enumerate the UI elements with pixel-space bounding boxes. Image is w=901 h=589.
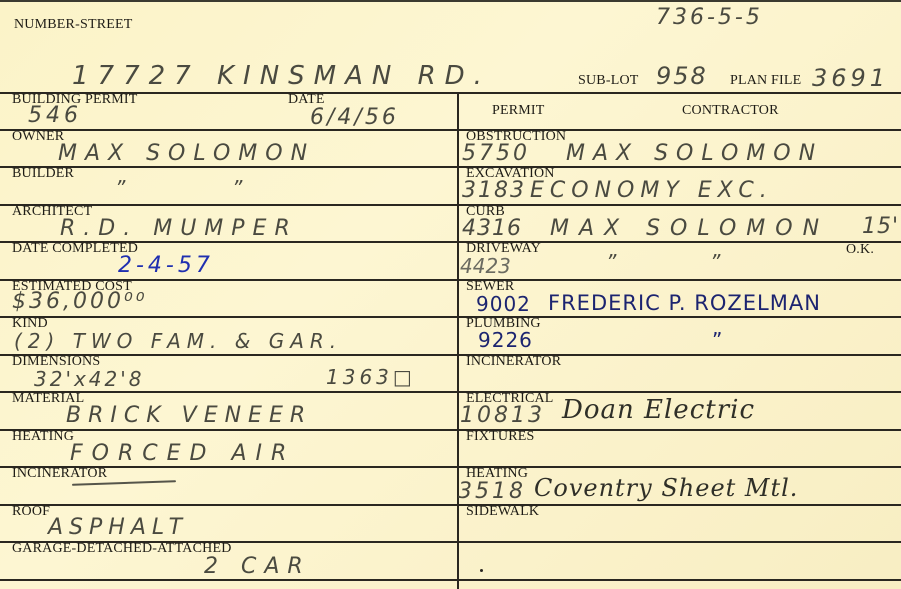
rule [0, 504, 901, 506]
incinerator-permit-label: INCINERATOR [466, 355, 561, 369]
building-permit-value: 546 [28, 106, 82, 126]
rule [0, 354, 901, 356]
driveway-permit: 4423 [460, 256, 511, 276]
sidewalk-label: SIDEWALK [466, 505, 539, 519]
address-value: 17727 KINSMAN RD. [72, 66, 491, 86]
heating-label: HEATING [12, 430, 74, 444]
material-value: BRICK VENEER [66, 406, 312, 426]
fixtures-label: FIXTURES [466, 430, 535, 444]
excavation-contractor: ECONOMY EXC. [530, 181, 773, 201]
garage-label: GARAGE-DETACHED-ATTACHED [12, 542, 232, 556]
plan-file-label: PLAN FILE [730, 74, 801, 88]
roof-value: ASPHALT [48, 518, 188, 538]
builder-ditto-2: ” [232, 178, 246, 198]
builder-ditto-1: ” [115, 178, 129, 198]
file-number: 736-5-5 [656, 8, 763, 28]
permit-column-header: PERMIT [492, 104, 545, 118]
roof-label: ROOF [12, 505, 50, 519]
sub-lot-value: 958 [656, 66, 708, 86]
sewer-permit: 9002 [476, 294, 531, 314]
rule [0, 391, 901, 393]
obstruction-contractor: MAX SOLOMON [566, 144, 823, 164]
dimensions-area: 1363□ [326, 367, 416, 387]
rule [0, 129, 901, 131]
rule [0, 166, 901, 168]
incinerator-label: INCINERATOR [12, 467, 107, 481]
rule [0, 429, 901, 431]
driveway-note: O.K. [846, 243, 874, 257]
garage-value: 2 CAR [204, 557, 311, 577]
permit-card: NUMBER-STREET 736-5-5 17727 KINSMAN RD. … [0, 0, 901, 589]
date-completed-value: 2-4-57 [118, 256, 214, 276]
electrical-permit: 10813 [460, 406, 545, 426]
curb-note: 15' [862, 217, 899, 237]
driveway-ditto-1: ” [606, 252, 620, 272]
estimated-cost-value: $36,000⁰⁰ [12, 292, 148, 312]
heating-permit: 3518 [458, 482, 526, 502]
owner-value: MAX SOLOMON [58, 144, 315, 164]
plumbing-permit: 9226 [478, 330, 533, 350]
obstruction-permit: 5750 [462, 144, 530, 164]
plan-file-value: 3691 [812, 68, 889, 88]
ink-dot [480, 569, 483, 572]
date-value: 6/4/56 [310, 108, 399, 128]
curb-contractor: MAX SOLOMON [550, 219, 829, 239]
kind-value: (2) TWO FAM. & GAR. [14, 331, 342, 351]
heating-value: FORCED AIR [70, 444, 295, 464]
architect-value: R.D. MUMPER [60, 219, 298, 239]
sewer-contractor: FREDERIC P. ROZELMAN [548, 293, 821, 313]
heating-contractor: Coventry Sheet Mtl. [534, 478, 798, 498]
rule [0, 316, 901, 318]
excavation-permit: 3183 [462, 181, 526, 201]
dimensions-value: 32'x42'8 [34, 369, 144, 389]
rule [0, 279, 901, 281]
number-street-label: NUMBER-STREET [14, 18, 133, 32]
sub-lot-label: SUB-LOT [578, 74, 639, 88]
curb-permit: 4316 [462, 219, 522, 239]
rule [0, 204, 901, 206]
electrical-contractor: Doan Electric [562, 400, 755, 420]
driveway-ditto-2: ” [710, 252, 724, 272]
incinerator-blank-stroke [72, 480, 176, 486]
column-divider [457, 92, 459, 589]
rule [0, 579, 901, 581]
card-top-edge [0, 0, 901, 2]
plumbing-ditto: ” [712, 330, 723, 350]
owner-label: OWNER [12, 130, 64, 144]
contractor-column-header: CONTRACTOR [682, 104, 779, 118]
rule [0, 466, 901, 468]
builder-label: BUILDER [12, 167, 74, 181]
